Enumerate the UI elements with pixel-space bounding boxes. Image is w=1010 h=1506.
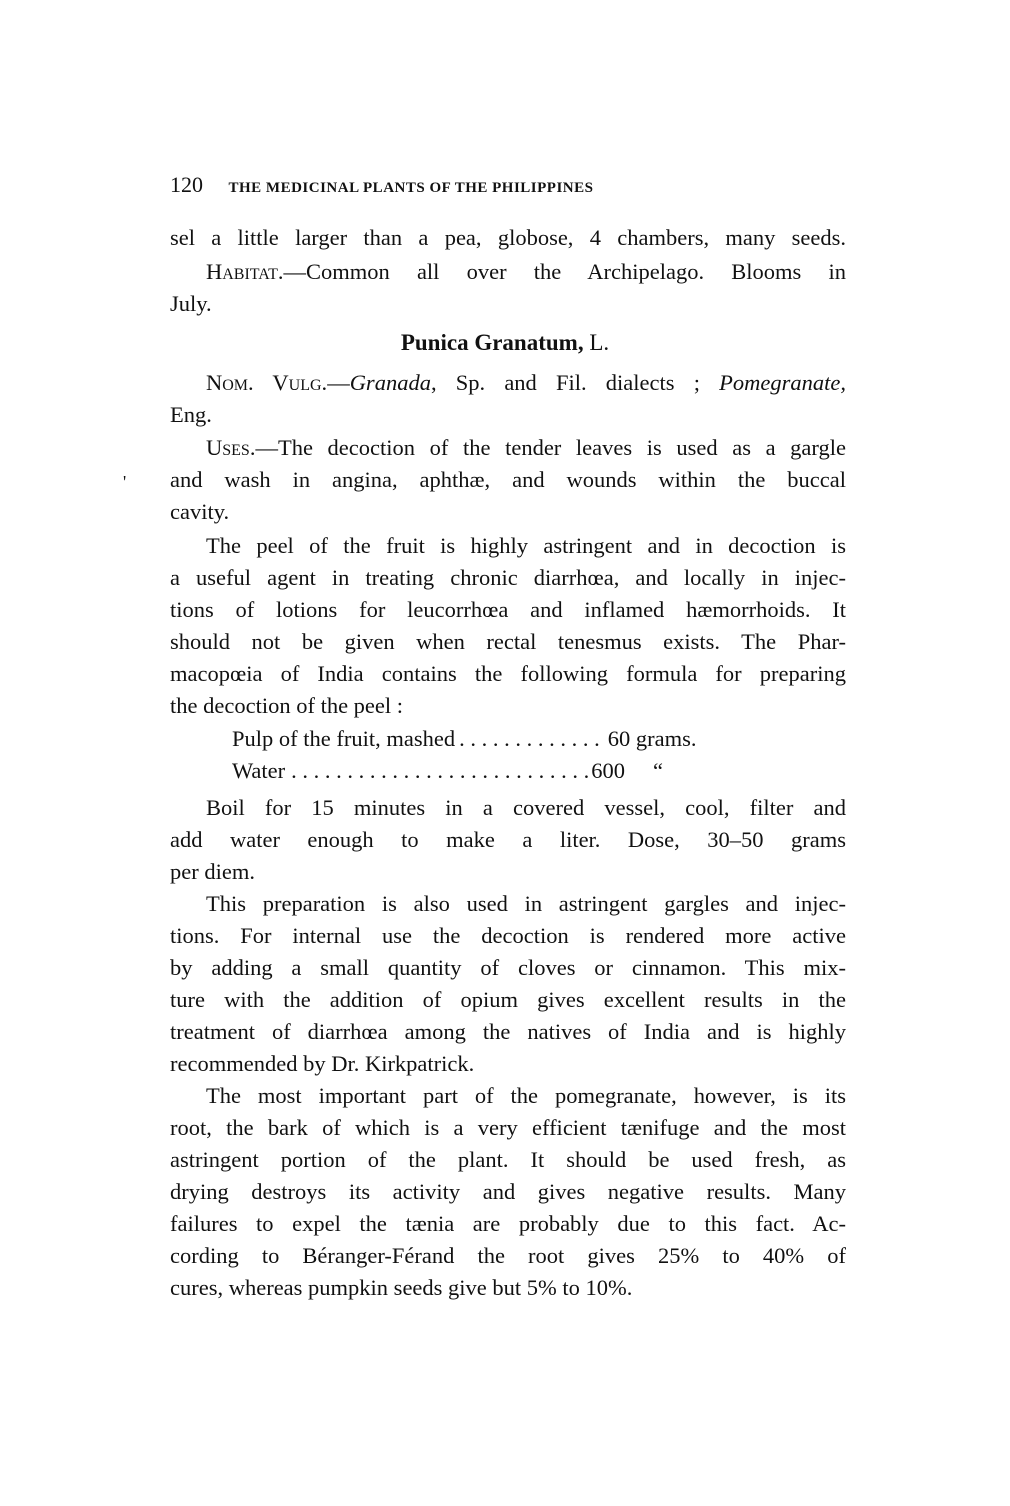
ditto-mark: “ — [653, 758, 663, 783]
text-line: treatment of diarrhœa among the natives … — [170, 1016, 846, 1048]
nom-vulg-label: Nom. Vulg. — [206, 370, 327, 395]
text-line: cavity. — [170, 496, 810, 528]
habitat-line: Habitat.—Common all over the Archipelago… — [206, 256, 846, 288]
habitat-label: Habitat. — [206, 259, 283, 284]
text-line: cording to Béranger-Férand the root give… — [170, 1240, 846, 1272]
text-line: astringent portion of the plant. It shou… — [170, 1144, 846, 1176]
species-author: L. — [584, 330, 610, 355]
nom-vulg-line: Nom. Vulg.—Granada, Sp. and Fil. dialect… — [206, 367, 846, 399]
book-page: 120 THE MEDICINAL PLANTS OF THE PHILIPPI… — [0, 0, 1010, 1506]
leader-dots: . . . . . . . . . . . . . — [459, 726, 600, 751]
text-line: sel a little larger than a pea, globose,… — [170, 222, 846, 254]
text-line: ture with the addition of opium gives ex… — [170, 984, 846, 1016]
text-line: The peel of the fruit is highly astringe… — [206, 530, 846, 562]
text-line: The most important part of the pomegrana… — [206, 1080, 846, 1112]
text: —The decoction of the tender leaves is u… — [255, 435, 846, 460]
text-line: July. — [170, 288, 810, 320]
formula-row: Water. . . . . . . . . . . . . . . . . .… — [232, 758, 663, 784]
formula-item: Water — [232, 758, 285, 783]
text-line: cures, whereas pumpkin seeds give but 5%… — [170, 1272, 810, 1304]
text-line: by adding a small quantity of cloves or … — [170, 952, 846, 984]
formula-amount: 600 — [591, 758, 625, 783]
running-head: 120 THE MEDICINAL PLANTS OF THE PHILIPPI… — [170, 172, 850, 198]
formula-item: Pulp of the fruit, mashed — [232, 726, 455, 751]
formula-amount: 60 grams. — [608, 726, 697, 751]
uses-label: Uses. — [206, 435, 255, 460]
running-title: THE MEDICINAL PLANTS OF THE PHILIPPINES — [229, 180, 594, 196]
dash: — — [327, 370, 350, 395]
stray-mark: ' — [123, 472, 126, 493]
section-heading: Punica Granatum, L. — [0, 330, 1010, 356]
text-line: add water enough to make a liter. Dose, … — [170, 824, 846, 856]
page-number: 120 — [170, 172, 203, 197]
text-line: recommended by Dr. Kirkpatrick. — [170, 1048, 810, 1080]
text-line: macopœia of India contains the following… — [170, 658, 846, 690]
leader-dots: . . . . . . . . . . . . . . . . . . . . … — [291, 758, 589, 783]
text: , Sp. and Fil. dialects ; — [431, 370, 719, 395]
spanish-name: Granada — [350, 370, 431, 395]
text-line: tions of lotions for leucorrhœa and infl… — [170, 594, 846, 626]
text-line: and wash in angina, aphthæ, and wounds w… — [170, 464, 846, 496]
text-line: Eng. — [170, 399, 810, 431]
species-name: Punica Granatum, — [401, 330, 584, 355]
text-line: Boil for 15 minutes in a covered vessel,… — [206, 792, 846, 824]
formula-row: Pulp of the fruit, mashed. . . . . . . .… — [232, 726, 696, 752]
text-line: the decoction of the peel : — [170, 690, 810, 722]
text-line: failures to expel the tænia are probably… — [170, 1208, 846, 1240]
text-line: root, the bark of which is a very effici… — [170, 1112, 846, 1144]
english-name: Pomegranate, — [719, 370, 846, 395]
text-line: should not be given when rectal tenesmus… — [170, 626, 846, 658]
uses-line: Uses.—The decoction of the tender leaves… — [206, 432, 846, 464]
text-line: per diem. — [170, 856, 810, 888]
habitat-text: —Common all over the Archipelago. Blooms… — [283, 259, 846, 284]
text-line: tions. For internal use the decoction is… — [170, 920, 846, 952]
text-line: drying destroys its activity and gives n… — [170, 1176, 846, 1208]
text-line: a useful agent in treating chronic diarr… — [170, 562, 846, 594]
text-line: This preparation is also used in astring… — [206, 888, 846, 920]
